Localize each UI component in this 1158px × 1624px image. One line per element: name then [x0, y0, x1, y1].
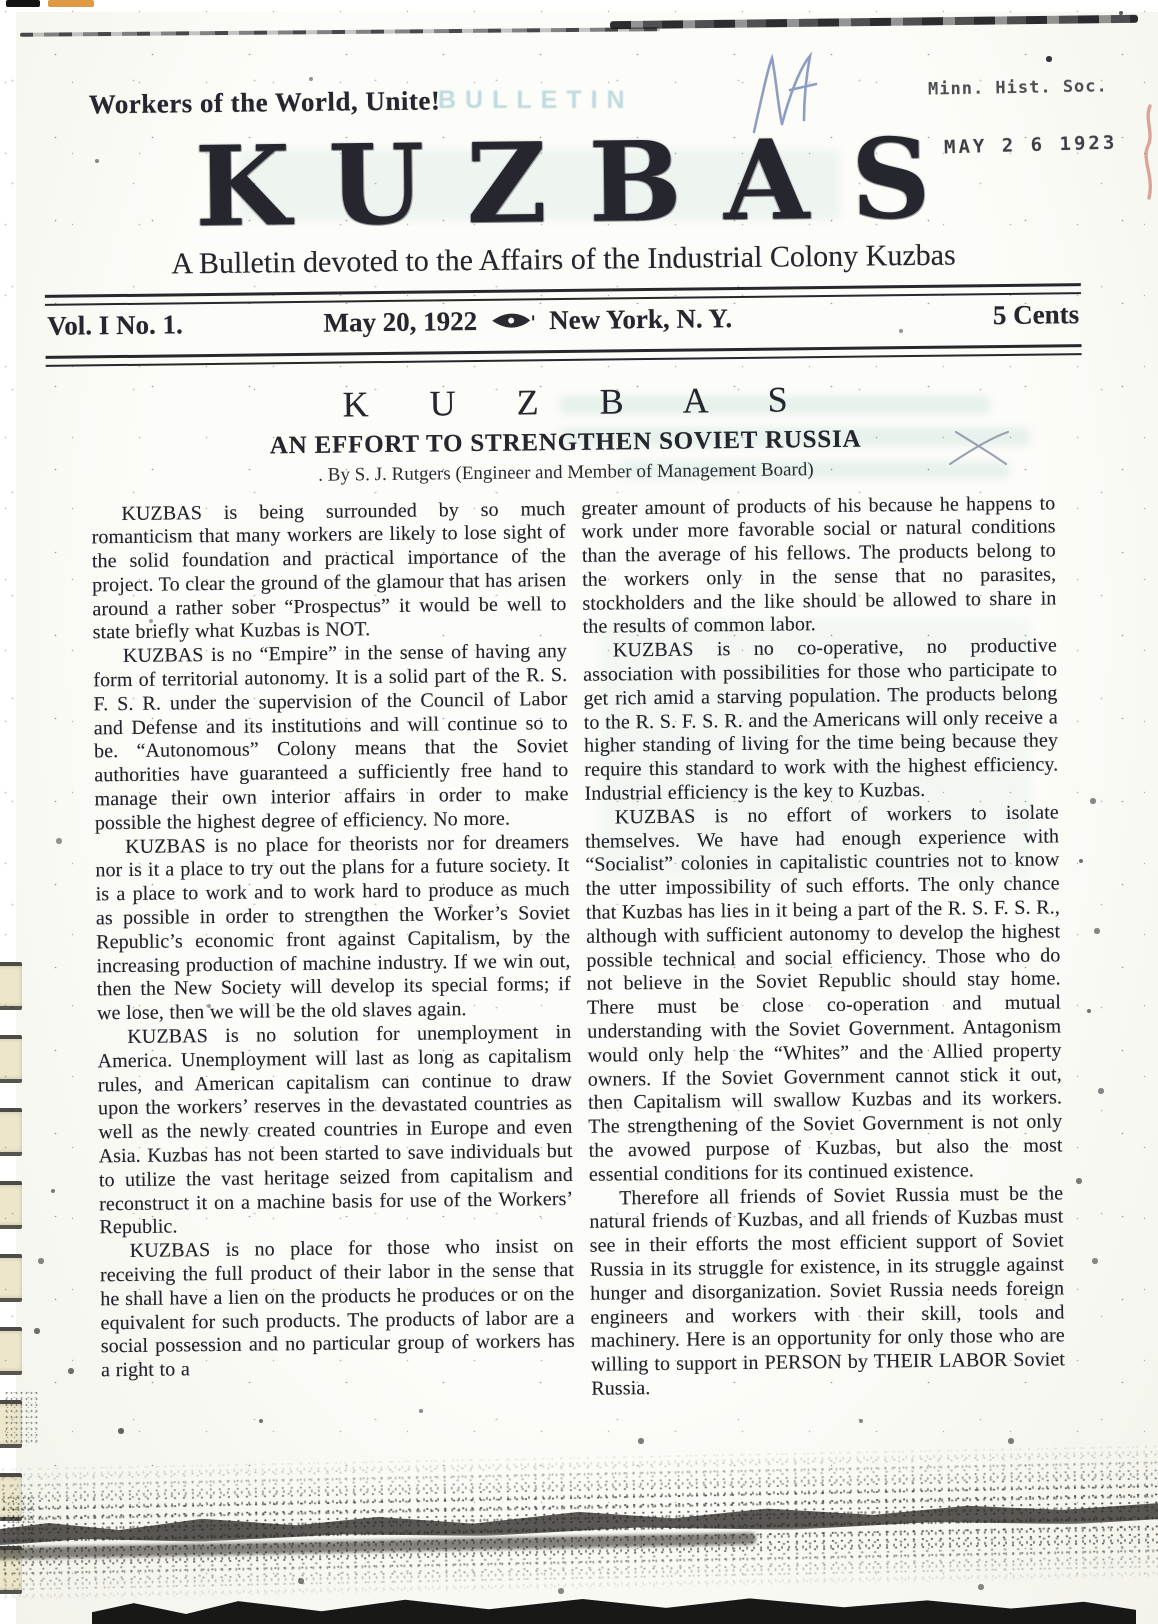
handwritten-x-mark: [948, 428, 1010, 470]
binding-tab: [0, 1327, 22, 1375]
column-left: KUZBAS is being surrounded by so much ro…: [91, 497, 575, 1407]
issue-city: New York, N. Y.: [549, 303, 732, 336]
binding-tab: [0, 962, 22, 1010]
issue-volume: Vol. I No. 1.: [47, 309, 183, 342]
paragraph: KUZBAS is no “Empire” in the sense of ha…: [93, 640, 569, 836]
handwritten-n4-mark: [746, 50, 822, 142]
red-margin-mark: [1140, 104, 1158, 200]
paragraph: KUZBAS is no solution for unemployment i…: [97, 1021, 573, 1241]
masthead-title: KUZBAS: [31, 119, 1094, 247]
binding-tab: [0, 1181, 22, 1229]
issue-date: May 20, 1922: [323, 305, 477, 338]
paragraph: KUZBAS is being surrounded by so much ro…: [91, 497, 567, 645]
printed-content: Workers of the World, Unite! KUZBAS A Bu…: [30, 32, 1107, 1408]
issue-price: 5 Cents: [993, 299, 1080, 331]
binding-tab: [0, 1108, 22, 1156]
article-body: KUZBAS is being surrounded by so much ro…: [91, 492, 1065, 1407]
issue-date-city: May 20, 1922 New York, N. Y.: [323, 303, 732, 339]
printer-ornament-icon: [491, 312, 535, 328]
column-right: greater amount of products of his becaus…: [581, 492, 1065, 1402]
paragraph: KUZBAS is no place for those who insist …: [100, 1235, 576, 1383]
scan-edge-blob: [48, 0, 94, 7]
paragraph: Therefore all friends of Soviet Russia m…: [589, 1182, 1065, 1402]
paragraph: KUZBAS is no place for theorists nor for…: [95, 831, 571, 1027]
paragraph: greater amount of products of his becaus…: [581, 492, 1057, 640]
scan-noise-band: [0, 1440, 1158, 1604]
article-title: K U Z B A S: [34, 374, 1096, 428]
paragraph: KUZBAS is no co-operative, no productive…: [583, 635, 1059, 807]
scan-smudge-patch: [4, 1390, 38, 1446]
binding-tab: [0, 1035, 22, 1083]
scanned-bulletin-page: BULLETIN Workers of the World, Unite! KU…: [0, 0, 1158, 1624]
rule-bottom: [46, 344, 1082, 367]
scan-edge-blob: [6, 0, 40, 7]
binding-tab: [0, 1254, 22, 1302]
scan-specks: [0, 0, 2, 2]
paragraph: KUZBAS is no effort of workers to isolat…: [585, 801, 1063, 1187]
library-stamp: Minn. Hist. Soc.: [928, 76, 1108, 99]
